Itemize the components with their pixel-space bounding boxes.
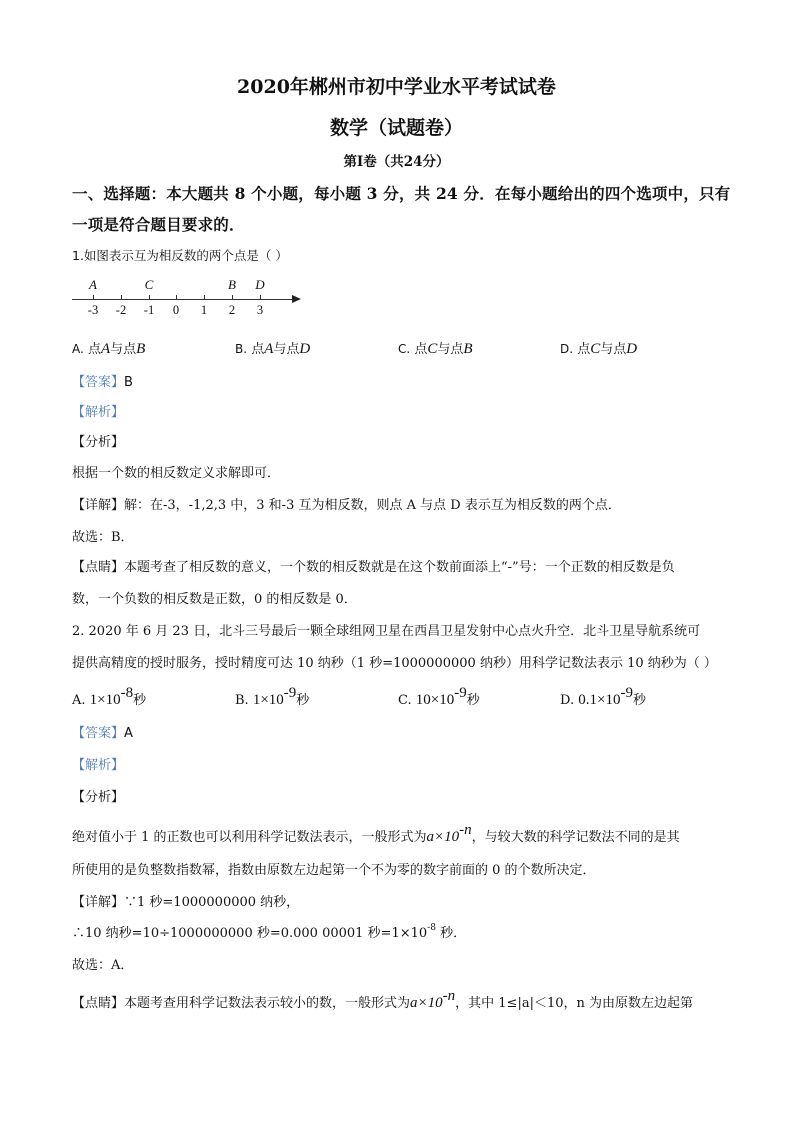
q2-stem-line1: 2. 2020 年 6 月 23 日，北斗三号最后一颗全球组网卫星在西昌卫星发射… [72, 620, 700, 639]
option-text: 点 [251, 342, 264, 357]
point-label-d: D [250, 277, 270, 293]
answer-value: A [124, 726, 133, 741]
q2-fenxi-line1: 绝对值小于 1 的正数也可以利用科学记数法表示，一般形式为a×10-n，与较大数… [72, 822, 680, 846]
q2-option-d: D. 0.1×10-9秒 [560, 685, 646, 709]
q1-fenxi: 根据一个数的相反数定义求解即可． [72, 462, 280, 481]
option-letter: C. [398, 342, 410, 356]
section-instruction-line1: 一、选择题：本大题共 8 个小题，每小题 3 分，共 24 分．在每小题给出的四… [72, 182, 730, 204]
q1-xiangjie: 【详解】解：在-3，-1,2,3 中，3 和-3 互为相反数，则点 A 与点 D… [72, 494, 621, 513]
option-math: 1×10 [90, 692, 121, 708]
point-symbol: A [264, 341, 273, 357]
q1-stem: 1.如图表示互为相反数的两个点是（ ） [72, 246, 288, 264]
dianjing-label: 【点睛】 [72, 996, 124, 1011]
answer-value: B [124, 375, 133, 390]
tick-label: 0 [166, 303, 186, 318]
option-text: 与点 [110, 342, 136, 357]
answer-label: 【答案】 [72, 375, 124, 390]
q1-option-d: D. 点C与点D [560, 338, 637, 358]
q1-answer: 【答案】B [72, 371, 133, 390]
point-symbol: A [101, 341, 110, 357]
q2-option-b: B. 1×10-9秒 [235, 685, 309, 709]
point-symbol: C [590, 341, 600, 357]
number-line-figure: -3 -2 -1 0 1 2 3 A C B D [72, 275, 307, 325]
q2-guxuan: 故选：A． [72, 954, 133, 973]
option-text: 与点 [600, 342, 626, 357]
tick-label: -2 [111, 303, 131, 318]
q2-option-a: A. 1×10-8秒 [72, 685, 146, 709]
dianjing-text: 本题考查了相反数的意义，一个数的相反数就是在这个数前面添上“-”号：一个正数的相… [124, 560, 675, 575]
tick [260, 295, 261, 300]
tick-label: -1 [139, 303, 159, 318]
point-symbol: B [463, 341, 472, 357]
tick [121, 295, 122, 300]
q2-xiangjie-line2: ∴10 纳秒=10÷1000000000 秒=0.000 00001 秒=1×1… [72, 922, 466, 941]
option-exponent: -9 [454, 685, 467, 701]
formula-exponent: -n [443, 988, 456, 1004]
point-symbol: D [299, 341, 310, 357]
option-letter: B. [235, 342, 247, 356]
dianjing-text: ，其中 1≤|a|＜10，n 为由原数左边起第 [455, 996, 693, 1011]
xiangjie-text: 秒． [436, 926, 466, 941]
q2-answer: 【答案】A [72, 722, 133, 741]
option-text: 与点 [437, 342, 463, 357]
fenxi-text: 绝对值小于 1 的正数也可以利用科学记数法表示，一般形式为 [72, 830, 427, 845]
part-heading: 第I卷（共24分） [0, 150, 793, 170]
option-unit: 秒 [296, 693, 309, 708]
point-label-a: A [83, 277, 103, 293]
option-letter: C. [398, 693, 412, 708]
q2-xiangjie-line1: 【详解】∵1 秒=1000000000 纳秒， [72, 891, 299, 910]
option-math: 0.1×10 [578, 692, 620, 708]
xiangjie-label: 【详解】 [72, 498, 124, 513]
tick [93, 295, 94, 300]
tick-label: 2 [222, 303, 242, 318]
formula: a×10 [427, 829, 460, 845]
option-text: 点 [577, 342, 590, 357]
tick-label: -3 [83, 303, 103, 318]
option-letter: D. [560, 693, 574, 708]
exam-subtitle: 数学（试题卷） [0, 113, 793, 140]
xiangjie-text: ∵1 秒=1000000000 纳秒， [124, 895, 299, 910]
q2-dianjing: 【点睛】本题考查用科学记数法表示较小的数，一般形式为a×10-n，其中 1≤|a… [72, 988, 693, 1012]
point-label-b: B [222, 277, 242, 293]
q1-dianjing-line2: 数，一个负数的相反数是正数，0 的相反数是 0． [72, 588, 357, 607]
q1-option-c: C. 点C与点B [398, 338, 473, 358]
q1-option-a: A. 点A与点B [72, 338, 145, 358]
q1-guxuan: 故选：B． [72, 526, 134, 545]
xiangjie-text: 解：在-3，-1,2,3 中，3 和-3 互为相反数，则点 A 与点 D 表示互… [124, 498, 621, 513]
option-unit: 秒 [467, 693, 480, 708]
point-label-c: C [139, 277, 159, 293]
q2-option-c: C. 10×10-9秒 [398, 685, 480, 709]
option-exponent: -9 [620, 685, 633, 701]
tick-label: 1 [194, 303, 214, 318]
formula-exponent: -n [459, 822, 472, 838]
tick [149, 295, 150, 300]
point-symbol: D [626, 341, 637, 357]
tick-label: 3 [250, 303, 270, 318]
answer-label: 【答案】 [72, 726, 124, 741]
exam-title: 2020年郴州市初中学业水平考试试卷 [0, 72, 793, 99]
section-instruction-line2: 一项是符合题目要求的． [72, 213, 245, 235]
option-exponent: -9 [284, 685, 297, 701]
dianjing-text: 本题考查用科学记数法表示较小的数，一般形式为 [124, 996, 410, 1011]
q1-option-b: B. 点A与点D [235, 338, 310, 358]
q2-jiexi-label: 【解析】 [72, 754, 124, 773]
option-letter: A. [72, 342, 84, 356]
q2-fenxi-label: 【分析】 [72, 786, 124, 805]
point-symbol: C [427, 341, 437, 357]
q1-jiexi-label: 【解析】 [72, 401, 124, 420]
q1-dianjing-line1: 【点睛】本题考查了相反数的意义，一个数的相反数就是在这个数前面添上“-”号：一个… [72, 556, 675, 575]
tick [204, 295, 205, 300]
option-exponent: -8 [121, 685, 134, 701]
option-text: 点 [88, 342, 101, 357]
exponent: -8 [427, 923, 436, 933]
option-unit: 秒 [133, 693, 146, 708]
q1-fenxi-label: 【分析】 [72, 431, 124, 450]
fenxi-text: ，与较大数的科学记数法不同的是其 [472, 830, 680, 845]
formula: a×10 [410, 995, 443, 1011]
xiangjie-text: ∴10 纳秒=10÷1000000000 秒=0.000 00001 秒=1×1… [72, 926, 427, 941]
option-text: 点 [414, 342, 427, 357]
option-unit: 秒 [633, 693, 646, 708]
tick [232, 295, 233, 300]
option-letter: D. [560, 342, 573, 356]
arrow-right-icon [292, 295, 301, 303]
option-math: 1×10 [253, 692, 284, 708]
option-letter: A. [72, 693, 86, 708]
q2-stem-line2: 提供高精度的授时服务，授时精度可达 10 纳秒（1 秒=1000000000 纳… [72, 652, 717, 671]
tick [176, 295, 177, 300]
option-math: 10×10 [416, 692, 454, 708]
option-text: 与点 [273, 342, 299, 357]
option-letter: B. [235, 693, 249, 708]
q2-fenxi-line2: 所使用的是负整数指数幂，指数由原数左边起第一个不为零的数字前面的 0 的个数所决… [72, 859, 596, 878]
point-symbol: B [136, 341, 145, 357]
dianjing-label: 【点睛】 [72, 560, 124, 575]
xiangjie-label: 【详解】 [72, 895, 124, 910]
